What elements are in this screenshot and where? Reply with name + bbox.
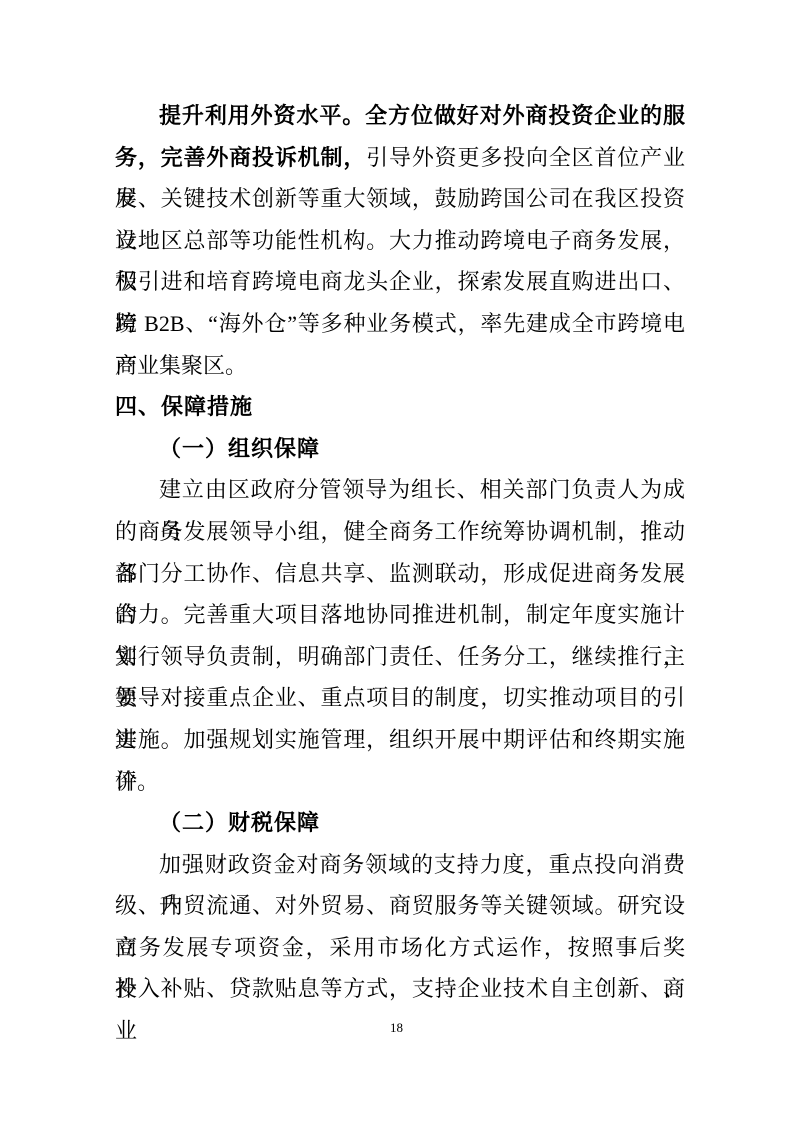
text-line: 部门分工协作、信息共享、监测联动，形成促进商务发展的 <box>115 553 685 595</box>
text-line: 实行领导负责制，明确部门责任、任务分工，继续推行主要 <box>115 636 685 678</box>
text-line: 合力。完善重大项目落地协同推进机制，制定年度实施计划， <box>115 594 685 636</box>
text-line: 加强财政资金对商务领域的支持力度，重点投向消费升 <box>115 844 685 886</box>
text-segment: 价。 <box>115 769 159 794</box>
text-line: 商务发展专项资金，采用市场化方式运作，按照事后奖补、 <box>115 927 685 969</box>
text-line: 建立由区政府分管领导为组长、相关部门负责人为成员 <box>115 469 685 511</box>
heading2-line: （一）组织保障 <box>115 428 685 470</box>
heading1-line: 四、保障措施 <box>115 386 685 428</box>
text-line: 投入补贴、贷款贴息等方式，支持企业技术自主创新、商业 <box>115 968 685 1010</box>
text-line: 领导对接重点企业、重点项目的制度，切实推动项目的引进 <box>115 677 685 719</box>
text-line: 级、内贸流通、对外贸易、商贸服务等关键领域。研究设立 <box>115 885 685 927</box>
text-line: 的商务发展领导小组，健全商务工作统筹协调机制，推动各 <box>115 511 685 553</box>
text-segment: 四、保障措施 <box>115 394 253 419</box>
heading2-line: （二）财税保障 <box>115 802 685 844</box>
text-line: 极引进和培育跨境电商龙头企业，探索发展直购进出口、跨 <box>115 261 685 303</box>
text-line: 提升利用外资水平。全方位做好对外商投资企业的服 <box>115 95 685 137</box>
text-segment: 产业集聚区。 <box>115 353 247 378</box>
text-line: 境 B2B、“海外仓”等多种业务模式，率先建成全市跨境电商 <box>115 303 685 345</box>
text-line: 实施。加强规划实施管理，组织开展中期评估和终期实施评 <box>115 719 685 761</box>
text-line: 立地区总部等功能性机构。大力推动跨境电子商务发展，积 <box>115 220 685 262</box>
text-line: 价。 <box>115 761 685 803</box>
document-body: 提升利用外资水平。全方位做好对外商投资企业的服务，完善外商投诉机制，引导外资更多… <box>115 95 685 1010</box>
text-segment: 务，完善外商投诉机制， <box>115 145 366 170</box>
page-number: 18 <box>0 1020 793 1036</box>
text-line: 产业集聚区。 <box>115 345 685 387</box>
text-segment: （一）组织保障 <box>159 436 320 461</box>
text-segment: （二）财税保障 <box>159 810 320 835</box>
text-line: 展、关键技术创新等重大领域，鼓励跨国公司在我区投资设 <box>115 178 685 220</box>
text-segment: 提升利用外资水平。全方位做好对外商投资企业的服 <box>159 103 685 128</box>
text-line: 务，完善外商投诉机制，引导外资更多投向全区首位产业发 <box>115 137 685 179</box>
document-page: 提升利用外资水平。全方位做好对外商投资企业的服务，完善外商投诉机制，引导外资更多… <box>0 0 793 1122</box>
